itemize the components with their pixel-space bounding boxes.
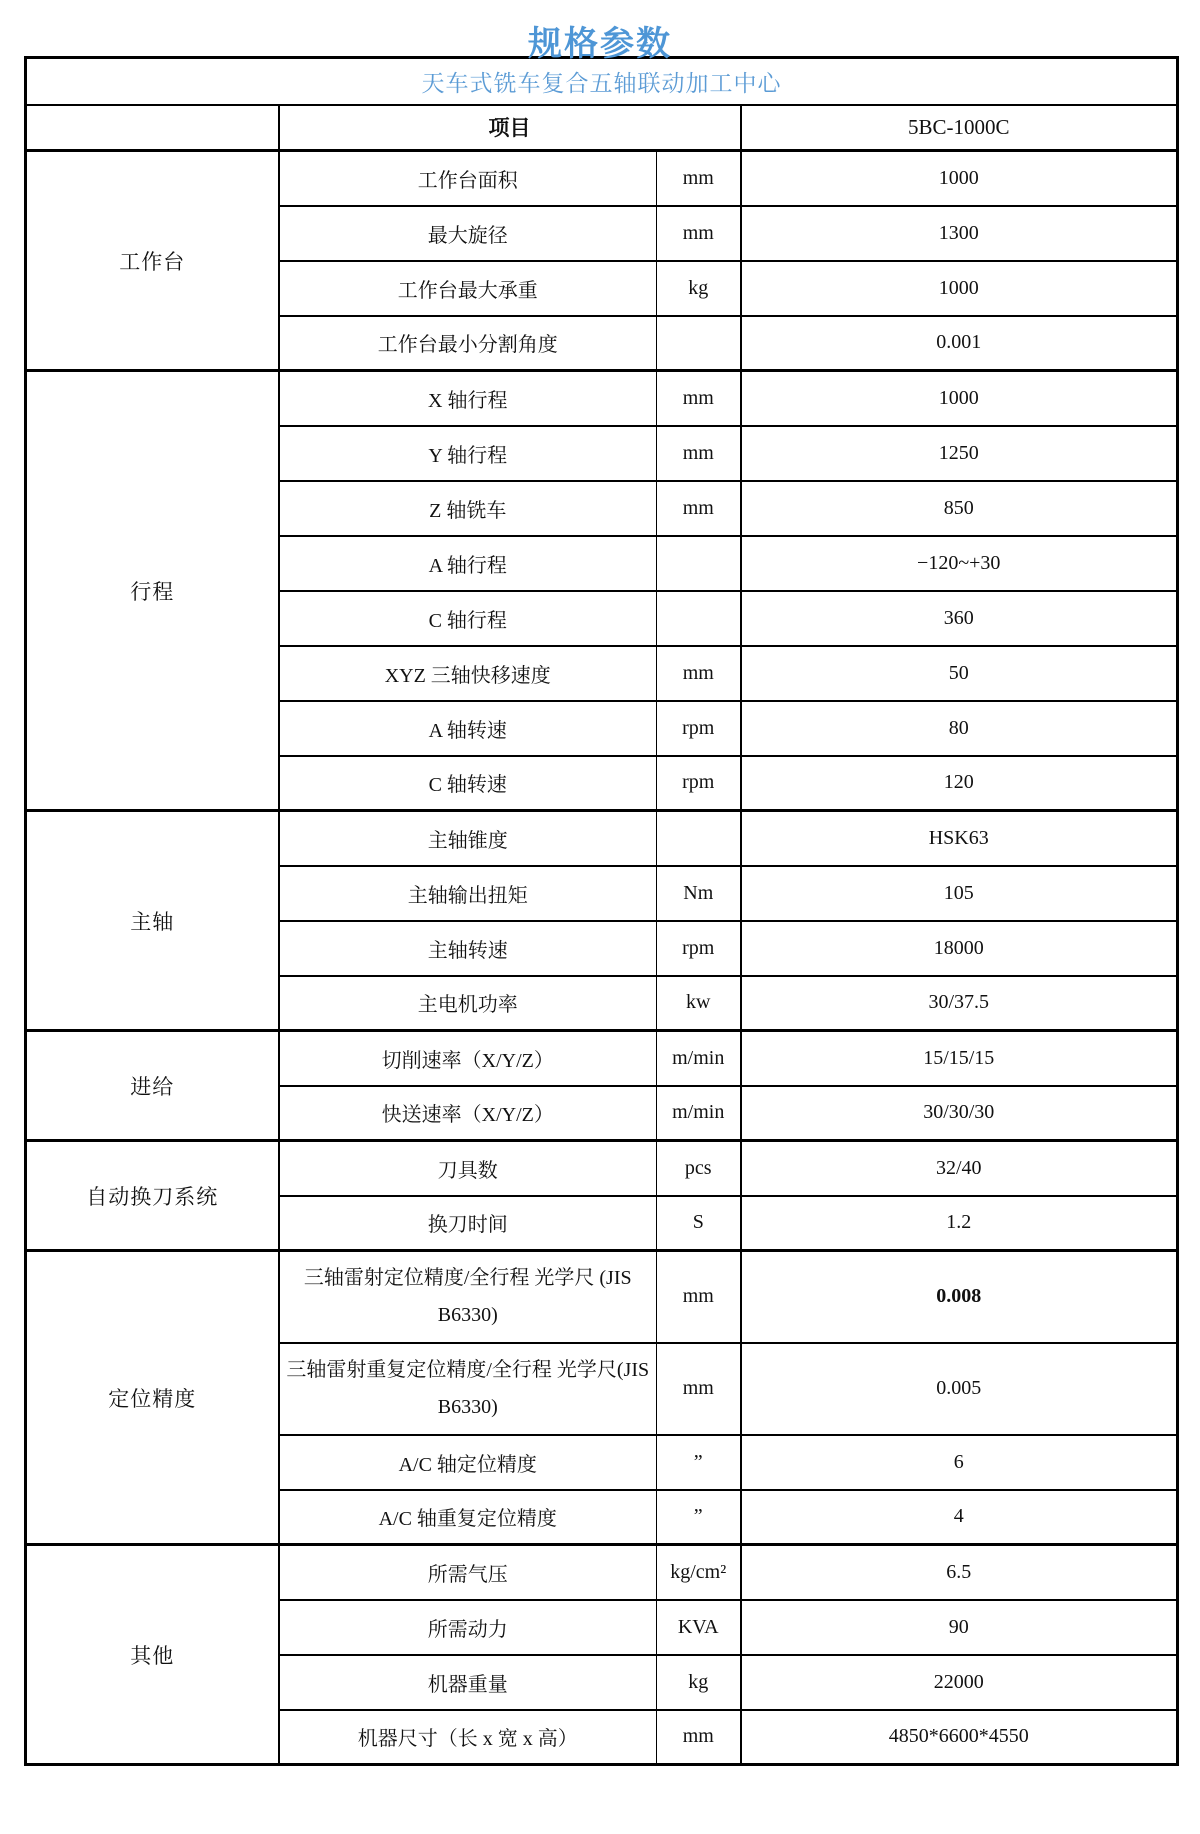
spec-item: Y 轴行程: [279, 426, 657, 481]
spec-item: A/C 轴重复定位精度: [279, 1490, 657, 1545]
spec-value: 0.005: [741, 1343, 1178, 1435]
spec-unit: mm: [657, 646, 741, 701]
spec-value: 1300: [741, 206, 1178, 261]
group-label-feed: 进给: [26, 1031, 279, 1141]
spec-unit: [657, 811, 741, 866]
spec-value: 6: [741, 1435, 1178, 1490]
spec-item: C 轴转速: [279, 756, 657, 811]
spec-value: 30/30/30: [741, 1086, 1178, 1141]
spec-unit: KVA: [657, 1600, 741, 1655]
spec-item: 主轴转速: [279, 921, 657, 976]
spec-item: C 轴行程: [279, 591, 657, 646]
table-row: 主轴 主轴锥度 HSK63: [26, 811, 1178, 866]
spec-value: 360: [741, 591, 1178, 646]
spec-item: 切削速率（X/Y/Z）: [279, 1031, 657, 1086]
group-label-travel: 行程: [26, 371, 279, 811]
spec-unit: kw: [657, 976, 741, 1031]
spec-item: 工作台面积: [279, 151, 657, 206]
spec-unit: m/min: [657, 1086, 741, 1141]
spec-sheet-page: 规格参数 天车式铣车复合五轴联动加工中心 项目 5BC-1000C 工作台 工作…: [0, 0, 1200, 1834]
table-row: 定位精度 三轴雷射定位精度/全行程 光学尺 (JIS B6330) mm 0.0…: [26, 1251, 1178, 1343]
spec-unit: kg/cm²: [657, 1545, 741, 1600]
spec-value: 18000: [741, 921, 1178, 976]
spec-value: 1.2: [741, 1196, 1178, 1251]
spec-item: X 轴行程: [279, 371, 657, 426]
spec-value: 0.001: [741, 316, 1178, 371]
group-label-other: 其他: [26, 1545, 279, 1765]
spec-unit: S: [657, 1196, 741, 1251]
spec-value: 80: [741, 701, 1178, 756]
table-row: 行程 X 轴行程 mm 1000: [26, 371, 1178, 426]
spec-item: 机器重量: [279, 1655, 657, 1710]
spec-unit: mm: [657, 206, 741, 261]
spec-value: 0.008: [741, 1251, 1178, 1343]
spec-item: 三轴雷射定位精度/全行程 光学尺 (JIS B6330): [279, 1251, 657, 1343]
table-row: 其他 所需气压 kg/cm² 6.5: [26, 1545, 1178, 1600]
table-row: 自动换刀系统 刀具数 pcs 32/40: [26, 1141, 1178, 1196]
spec-unit: rpm: [657, 756, 741, 811]
spec-item: 最大旋径: [279, 206, 657, 261]
spec-item: 快送速率（X/Y/Z）: [279, 1086, 657, 1141]
spec-unit: mm: [657, 1343, 741, 1435]
spec-unit: [657, 591, 741, 646]
spec-item: Z 轴铣车: [279, 481, 657, 536]
page-title: 规格参数: [0, 0, 1200, 56]
table-subtitle-row: 天车式铣车复合五轴联动加工中心: [26, 58, 1178, 105]
spec-unit: kg: [657, 261, 741, 316]
spec-unit: mm: [657, 1710, 741, 1765]
spec-item: XYZ 三轴快移速度: [279, 646, 657, 701]
spec-item: 主轴锥度: [279, 811, 657, 866]
spec-unit: [657, 316, 741, 371]
spec-unit: mm: [657, 426, 741, 481]
spec-item: A/C 轴定位精度: [279, 1435, 657, 1490]
spec-unit: [657, 536, 741, 591]
spec-item: A 轴转速: [279, 701, 657, 756]
spec-value: −120~+30: [741, 536, 1178, 591]
spec-value: 22000: [741, 1655, 1178, 1710]
spec-item: 所需气压: [279, 1545, 657, 1600]
spec-unit: mm: [657, 1251, 741, 1343]
spec-item: 主轴输出扭矩: [279, 866, 657, 921]
spec-value: 1000: [741, 371, 1178, 426]
spec-value: 50: [741, 646, 1178, 701]
machine-name: 天车式铣车复合五轴联动加工中心: [26, 58, 1178, 105]
spec-value: 120: [741, 756, 1178, 811]
spec-value: 4: [741, 1490, 1178, 1545]
group-label-atc: 自动换刀系统: [26, 1141, 279, 1251]
spec-unit: mm: [657, 371, 741, 426]
spec-value: 32/40: [741, 1141, 1178, 1196]
spec-value: 1000: [741, 151, 1178, 206]
spec-value: 4850*6600*4550: [741, 1710, 1178, 1765]
spec-item: 工作台最小分割角度: [279, 316, 657, 371]
spec-unit: kg: [657, 1655, 741, 1710]
spec-value: 105: [741, 866, 1178, 921]
spec-value: HSK63: [741, 811, 1178, 866]
spec-unit: mm: [657, 481, 741, 536]
group-label-spindle: 主轴: [26, 811, 279, 1031]
spec-value: 30/37.5: [741, 976, 1178, 1031]
spec-unit: pcs: [657, 1141, 741, 1196]
spec-item: 换刀时间: [279, 1196, 657, 1251]
group-label-worktable: 工作台: [26, 151, 279, 371]
spec-table: 天车式铣车复合五轴联动加工中心 项目 5BC-1000C 工作台 工作台面积 m…: [24, 56, 1179, 1766]
spec-unit: Nm: [657, 866, 741, 921]
spec-unit: mm: [657, 151, 741, 206]
header-model-label: 5BC-1000C: [741, 105, 1178, 151]
spec-item: 机器尺寸（长 x 宽 x 高）: [279, 1710, 657, 1765]
spec-item: 刀具数: [279, 1141, 657, 1196]
spec-unit: ”: [657, 1435, 741, 1490]
spec-value: 15/15/15: [741, 1031, 1178, 1086]
table-row: 工作台 工作台面积 mm 1000: [26, 151, 1178, 206]
group-label-accuracy: 定位精度: [26, 1251, 279, 1545]
spec-unit: ”: [657, 1490, 741, 1545]
spec-unit: m/min: [657, 1031, 741, 1086]
spec-unit: rpm: [657, 701, 741, 756]
spec-value: 850: [741, 481, 1178, 536]
spec-value: 6.5: [741, 1545, 1178, 1600]
spec-item: 三轴雷射重复定位精度/全行程 光学尺(JIS B6330): [279, 1343, 657, 1435]
spec-value: 90: [741, 1600, 1178, 1655]
spec-item: 所需动力: [279, 1600, 657, 1655]
header-empty-cell: [26, 105, 279, 151]
spec-value: 1250: [741, 426, 1178, 481]
spec-item: 工作台最大承重: [279, 261, 657, 316]
spec-item: A 轴行程: [279, 536, 657, 591]
table-header-row: 项目 5BC-1000C: [26, 105, 1178, 151]
spec-value: 1000: [741, 261, 1178, 316]
spec-item: 主电机功率: [279, 976, 657, 1031]
spec-unit: rpm: [657, 921, 741, 976]
header-item-label: 项目: [279, 105, 741, 151]
table-row: 进给 切削速率（X/Y/Z） m/min 15/15/15: [26, 1031, 1178, 1086]
